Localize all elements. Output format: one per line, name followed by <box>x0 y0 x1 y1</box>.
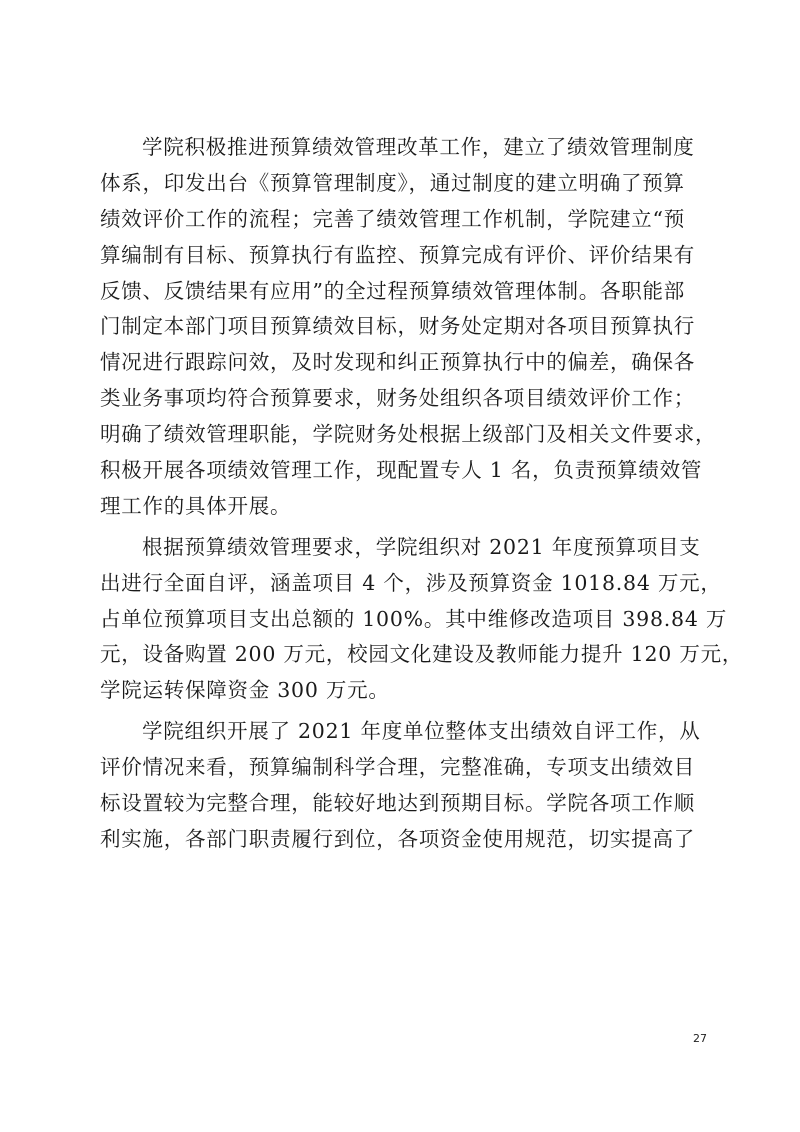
text-line: 评价情况来看，预算编制科学合理，完整准确，专项支出绩效目 <box>100 750 700 786</box>
text-line: 学院积极推进预算绩效管理改革工作，建立了绩效管理制度 <box>100 130 700 166</box>
text-line: 算编制有目标、预算执行有监控、预算完成有评价、评价结果有 <box>100 238 700 274</box>
text-line: 学院运转保障资金 300 万元。 <box>100 673 700 709</box>
text-line: 情况进行跟踪问效，及时发现和纠正预算执行中的偏差，确保各 <box>100 345 700 381</box>
body-text: 学院积极推进预算绩效管理改革工作，建立了绩效管理制度 体系，印发出台《预算管理制… <box>100 130 700 863</box>
paragraph-performance-management-system: 学院积极推进预算绩效管理改革工作，建立了绩效管理制度 体系，印发出台《预算管理制… <box>100 130 700 525</box>
text-line: 类业务事项均符合预算要求，财务处组织各项目绩效评价工作； <box>100 381 700 417</box>
text-line: 占单位预算项目支出总额的 100%。其中维修改造项目 398.84 万 <box>100 602 700 638</box>
text-line: 明确了绩效管理职能，学院财务处根据上级部门及相关文件要求， <box>100 417 700 453</box>
text-line: 理工作的具体开展。 <box>100 489 700 525</box>
text-line: 根据预算绩效管理要求，学院组织对 2021 年度预算项目支 <box>100 530 700 566</box>
text-line: 利实施，各部门职责履行到位，各项资金使用规范，切实提高了 <box>100 822 700 858</box>
text-line: 体系，印发出台《预算管理制度》，通过制度的建立明确了预算 <box>100 166 700 202</box>
page-number: 27 <box>688 1032 712 1045</box>
text-line: 学院组织开展了 2021 年度单位整体支出绩效自评工作，从 <box>100 714 700 750</box>
text-line: 反馈、反馈结果有应用”的全过程预算绩效管理体制。各职能部 <box>100 274 700 310</box>
text-line: 标设置较为完整合理，能较好地达到预期目标。学院各项工作顺 <box>100 786 700 822</box>
text-line: 绩效评价工作的流程；完善了绩效管理工作机制，学院建立“预 <box>100 202 700 238</box>
text-line: 门制定本部门项目预算绩效目标，财务处定期对各项目预算执行 <box>100 309 700 345</box>
text-line: 元，设备购置 200 万元，校园文化建设及教师能力提升 120 万元， <box>100 637 700 673</box>
paragraph-overall-expenditure-evaluation: 学院组织开展了 2021 年度单位整体支出绩效自评工作，从 评价情况来看，预算编… <box>100 714 700 858</box>
text-line: 出进行全面自评，涵盖项目 4 个，涉及预算资金 1018.84 万元， <box>100 566 700 602</box>
paragraph-project-self-evaluation: 根据预算绩效管理要求，学院组织对 2021 年度预算项目支 出进行全面自评，涵盖… <box>100 530 700 709</box>
document-page: 学院积极推进预算绩效管理改革工作，建立了绩效管理制度 体系，印发出台《预算管理制… <box>0 0 800 1132</box>
text-line: 积极开展各项绩效管理工作，现配置专人 1 名，负责预算绩效管 <box>100 453 700 489</box>
